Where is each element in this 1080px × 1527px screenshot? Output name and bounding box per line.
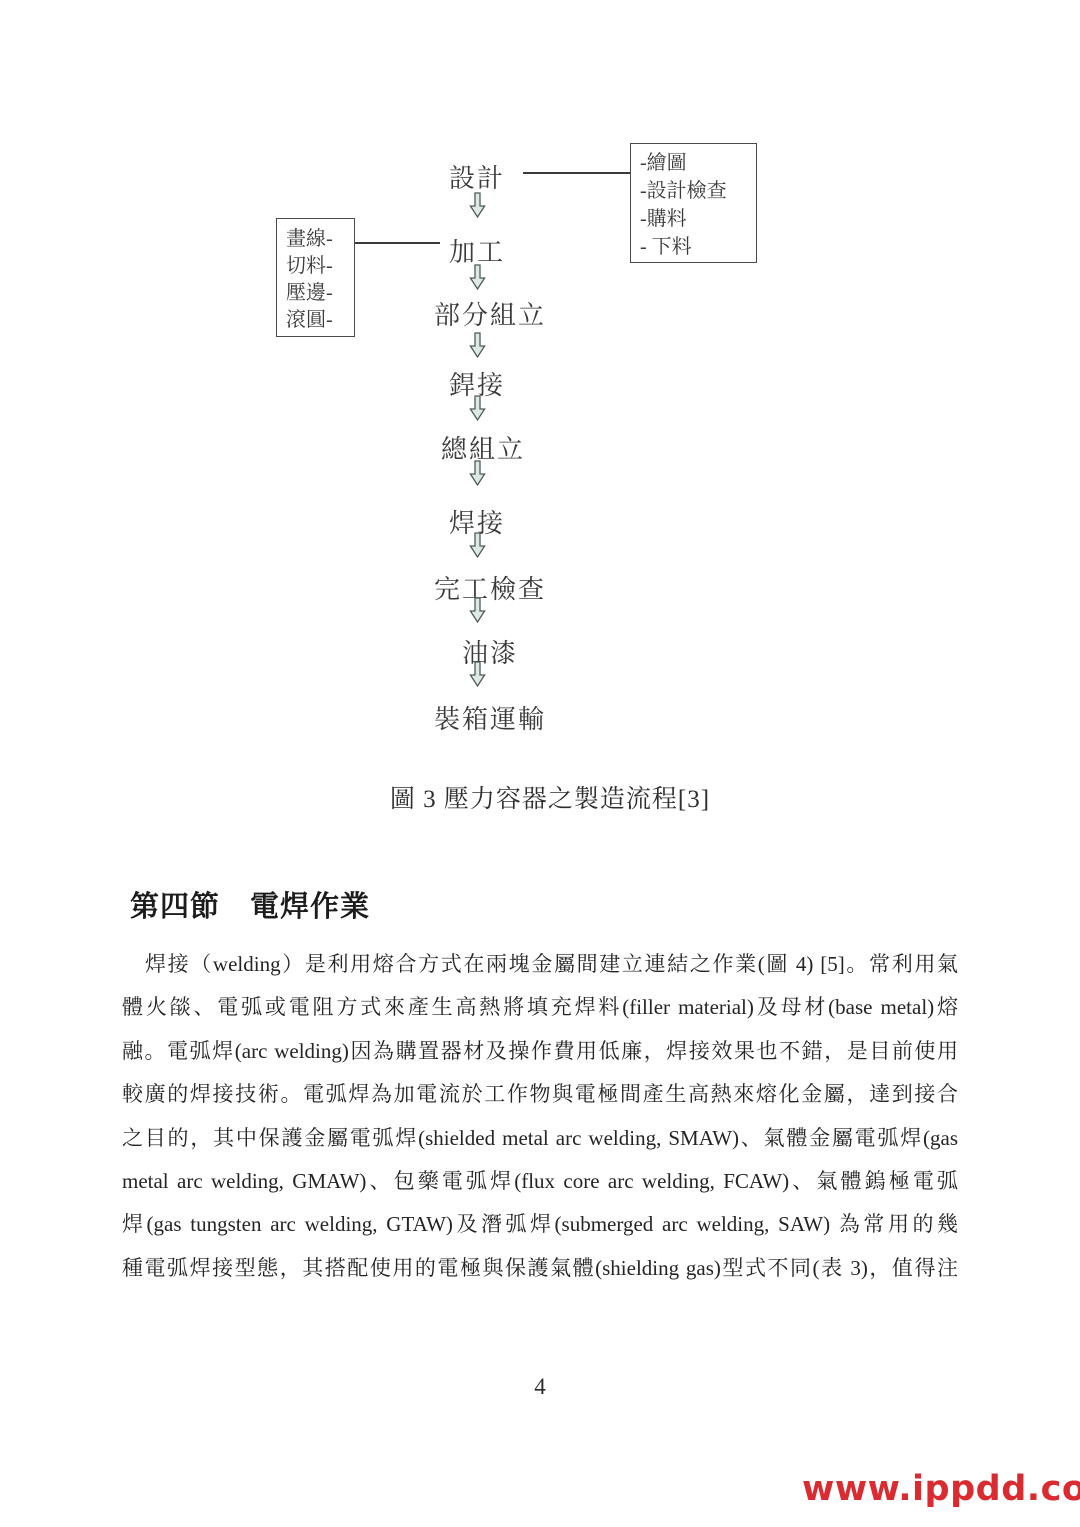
watermark-url: www.ippdd.com [802,1469,1080,1509]
machining-detail-item: 切料- [286,253,354,280]
design-detail-item: -繪圖 [640,149,756,177]
figure-caption: 圖 3 壓力容器之製造流程[3] [0,779,1080,815]
machining-detail-item: 畫線- [286,226,354,253]
design-detail-item: -設計檢查 [640,177,756,205]
paragraph-line: 種電弧焊接型態，其搭配使用的電極與保護氣體(shielding gas)型式不同… [122,1252,958,1295]
paragraph-line: 融。電弧焊(arc welding)因為購置器材及操作費用低廉，焊接效果也不錯，… [122,1035,958,1078]
flow-node-partial-assembly: 部分組立 [434,295,546,332]
flow-node-packing-shipping: 裝箱運輸 [434,699,546,736]
down-arrow-icon [469,332,486,358]
machining-detail-item: 壓邊- [286,280,354,307]
flow-node-completion-inspection: 完工檢查 [434,569,546,606]
down-arrow-icon [469,460,486,486]
paragraph-line: 焊(gas tungsten arc welding, GTAW)及潛弧焊(su… [122,1208,958,1251]
paragraph-line: 較廣的焊接技術。電弧焊為加電流於工作物與電極間產生高熱來熔化金屬，達到接合 [122,1078,958,1121]
design-detail-item: - 下料 [640,233,756,261]
down-arrow-icon [469,264,486,290]
down-arrow-icon [469,532,486,558]
machining-detail-item: 滾圓- [286,307,354,334]
paragraph-line: 之目的，其中保護金屬電弧焊(shielded metal arc welding… [122,1122,958,1165]
paragraph-line: metal arc welding, GMAW)、包藥電弧焊(flux core… [122,1165,958,1208]
body-paragraph: 焊接（welding）是利用熔合方式在兩塊金屬間建立連結之作業(圖 4) [5]… [122,948,958,1295]
machining-detail-box: 畫線- 切料- 壓邊- 滾圓- [276,218,355,337]
down-arrow-icon [469,395,486,421]
design-detail-item: -購料 [640,205,756,233]
paragraph-line: 焊接（welding）是利用熔合方式在兩塊金屬間建立連結之作業(圖 4) [5]… [122,948,958,991]
connector-machining-to-detail-box [345,242,440,244]
connector-design-to-detail-box [523,172,630,174]
flow-node-design: 設計 [449,158,505,195]
page-number: 4 [0,1374,1080,1400]
down-arrow-icon [469,661,486,687]
section-heading: 第四節 電焊作業 [130,884,370,925]
down-arrow-icon [469,597,486,623]
design-detail-box: -繪圖 -設計檢查 -購料 - 下料 [630,143,757,263]
document-page: 設計 加工 部分組立 銲接 總組立 焊接 完工檢查 油漆 裝箱運輸 [0,0,1080,1527]
paragraph-line: 體火燄、電弧或電阻方式來產生高熱將填充焊料(filler material)及母… [122,991,958,1034]
down-arrow-icon [469,192,486,218]
